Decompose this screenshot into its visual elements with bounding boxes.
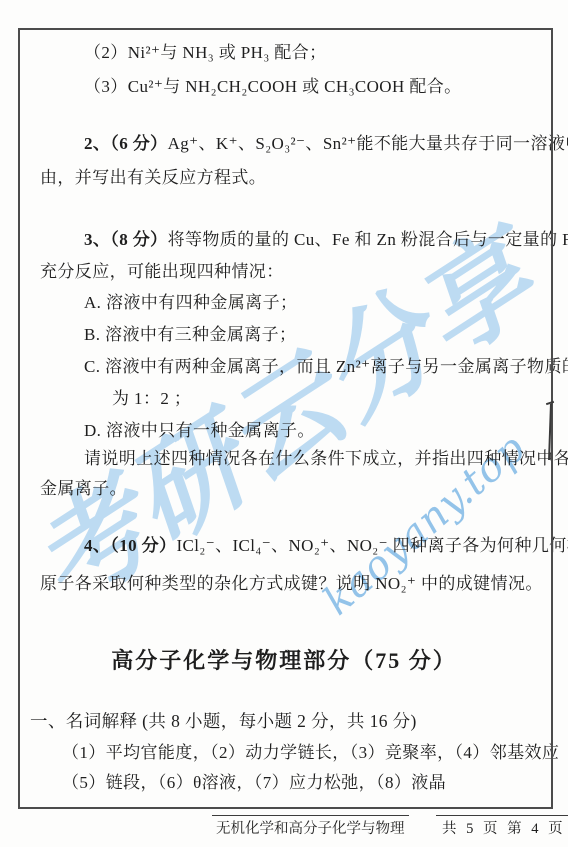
- question-3-option-c-line-2: 为 1：2 ；: [112, 388, 191, 410]
- question-3-number: 3、（8 分）: [84, 230, 168, 249]
- question-1-item-3: （3）Cu²⁺与 NH₂CH₂COOH 或 CH₃COOH 配合。: [84, 76, 462, 98]
- definitions-line-2: （5）链段，（6）θ溶液，（7）应力松弛，（8）液晶: [62, 772, 446, 794]
- question-4-number: 4、（10 分）: [84, 536, 176, 555]
- footer-subject-title: 无机化学和高分子化学与物理: [212, 815, 409, 838]
- question-4-line-2: 原子各采取何种类型的杂化方式成键？说明 NO₂⁺ 中的成键情况。: [40, 573, 543, 595]
- question-3-option-a: A. 溶液中有四种金属离子；: [84, 292, 297, 314]
- question-3-option-d: D. 溶液中只有一种金属离子。: [84, 420, 315, 442]
- question-3-note-line-2: 金属离子。: [40, 478, 127, 500]
- section-title: 高分子化学与物理部分（75 分）: [0, 644, 568, 675]
- question-2-text-1: Ag⁺、K⁺、S₂O₃²⁻、Sn²⁺能不能大量共存于同一溶液中？简述理: [168, 134, 568, 153]
- footer-page-number: 共 5 页 第 4 页: [436, 815, 568, 838]
- question-2-line-1: 2、（6 分）Ag⁺、K⁺、S₂O₃²⁻、Sn²⁺能不能大量共存于同一溶液中？简…: [84, 133, 568, 155]
- section-one-heading: 一、名词解释 (共 8 小题，每小题 2 分，共 16 分): [30, 710, 417, 732]
- question-3-option-c-line-1: C. 溶液中有两种金属离子，而且 Zn²⁺离子与另一金属离子物质的量的比: [84, 356, 568, 378]
- question-2-number: 2、（6 分）: [84, 134, 168, 153]
- exam-page: 考研云分享 kaoyany.top （2）Ni²⁺与 NH₃ 或 PH₃ 配合；…: [0, 0, 568, 847]
- question-3-line-2: 充分反应，可能出现四种情况：: [40, 261, 284, 283]
- question-2-line-2: 由，并写出有关反应方程式。: [40, 167, 266, 189]
- question-3-text-1: 将等物质的量的 Cu、Fe 和 Zn 粉混合后与一定量的 FeCl₃ 溶液: [168, 230, 568, 249]
- question-3-option-b: B. 溶液中有三种金属离子；: [84, 324, 296, 346]
- question-3-note-line-1: 请说明上述四种情况各在什么条件下成立，并指出四种情况中各存在哪些: [84, 448, 568, 470]
- definitions-line-1: （1）平均官能度，（2）动力学链长，（3）竞聚率，（4）邻基效应: [62, 742, 559, 764]
- question-3-line-1: 3、（8 分）将等物质的量的 Cu、Fe 和 Zn 粉混合后与一定量的 FeCl…: [84, 229, 568, 251]
- question-4-text-1: ICl₂⁻、ICl₄⁻、NO₂⁺、NO₂⁻ 四种离子各为何种几何构型？中心: [176, 536, 568, 555]
- question-4-line-1: 4、（10 分）ICl₂⁻、ICl₄⁻、NO₂⁺、NO₂⁻ 四种离子各为何种几何…: [84, 535, 568, 557]
- question-1-item-2: （2）Ni²⁺与 NH₃ 或 PH₃ 配合；: [84, 42, 327, 64]
